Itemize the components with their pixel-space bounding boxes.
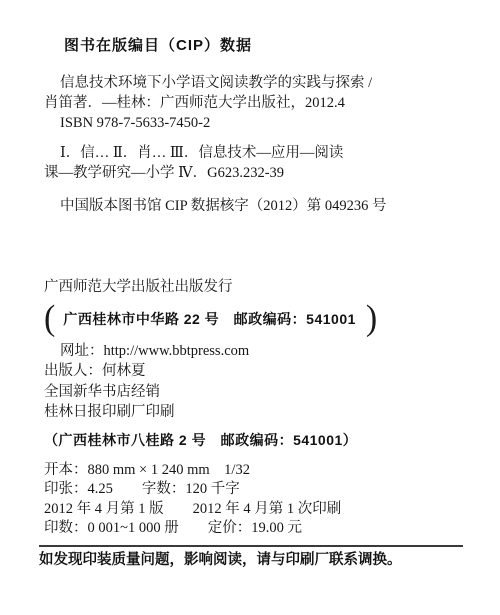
publisher-block: 广西师范大学出版社出版发行 ( 广西桂林市中华路 22 号 邮政编码：54100… xyxy=(44,277,464,450)
cip-classification-block: Ⅰ．信… Ⅱ．肖… Ⅲ．信息技术—应用—阅读 课—教学研究—小学 Ⅳ．G623.… xyxy=(44,143,464,183)
publisher-issuer-line: 广西师范大学出版社出版发行 xyxy=(44,277,464,298)
publisher-address-row: ( 广西桂林市中华路 22 号 邮政编码：541001 ) xyxy=(44,301,464,337)
cip-header: 图书在版编目（CIP）数据 xyxy=(44,36,464,56)
cip-registry-block: 中国版本图书馆 CIP 数据核字（2012）第 049236 号 xyxy=(44,196,464,216)
cip-registry-line: 中国版本图书馆 CIP 数据核字（2012）第 049236 号 xyxy=(44,196,464,216)
website-line: 网址：http://www.bbtpress.com xyxy=(44,341,464,362)
author-publisher-line: 肖笛著．—桂林：广西师范大学出版社，2012.4 xyxy=(44,93,464,113)
printer-line: 桂林日报印刷厂印刷 xyxy=(44,402,464,423)
copyright-page: 图书在版编目（CIP）数据 信息技术环境下小学语文阅读教学的实践与探索 / 肖笛… xyxy=(0,0,500,615)
quality-notice: 如发现印装质量问题，影响阅读，请与印刷厂联系调换。 xyxy=(39,550,464,570)
classification-line-2: 课—教学研究—小学 Ⅳ．G623.232-39 xyxy=(44,163,464,183)
isbn-line: ISBN 978-7-5633-7450-2 xyxy=(44,113,464,133)
book-title-line: 信息技术环境下小学语文阅读教学的实践与探索 / xyxy=(44,73,464,93)
sheets-words-line: 印张：4.25 字数：120 千字 xyxy=(44,480,464,500)
edition-line: 2012 年 4 月第 1 版 2012 年 4 月第 1 次印刷 xyxy=(44,500,464,520)
footer-divider xyxy=(39,545,463,547)
big-paren-open: ( xyxy=(44,300,55,338)
printrun-price-line: 印数：0 001~1 000 册 定价：19.00 元 xyxy=(44,519,464,539)
format-line: 开本：880 mm × 1 240 mm 1/32 xyxy=(44,461,464,481)
distribution-line: 全国新华书店经销 xyxy=(44,382,464,403)
publisher-person-line: 出版人：何林夏 xyxy=(44,361,464,382)
printer-address: （广西桂林市八桂路 2 号 邮政编码：541001） xyxy=(44,430,464,450)
classification-line-1: Ⅰ．信… Ⅱ．肖… Ⅲ．信息技术—应用—阅读 xyxy=(44,143,464,163)
print-spec-block: 开本：880 mm × 1 240 mm 1/32 印张：4.25 字数：120… xyxy=(44,461,464,539)
big-paren-close: ) xyxy=(366,300,377,338)
publisher-address: 广西桂林市中华路 22 号 邮政编码：541001 xyxy=(55,301,366,337)
cip-entry-block: 信息技术环境下小学语文阅读教学的实践与探索 / 肖笛著．—桂林：广西师范大学出版… xyxy=(44,73,464,133)
